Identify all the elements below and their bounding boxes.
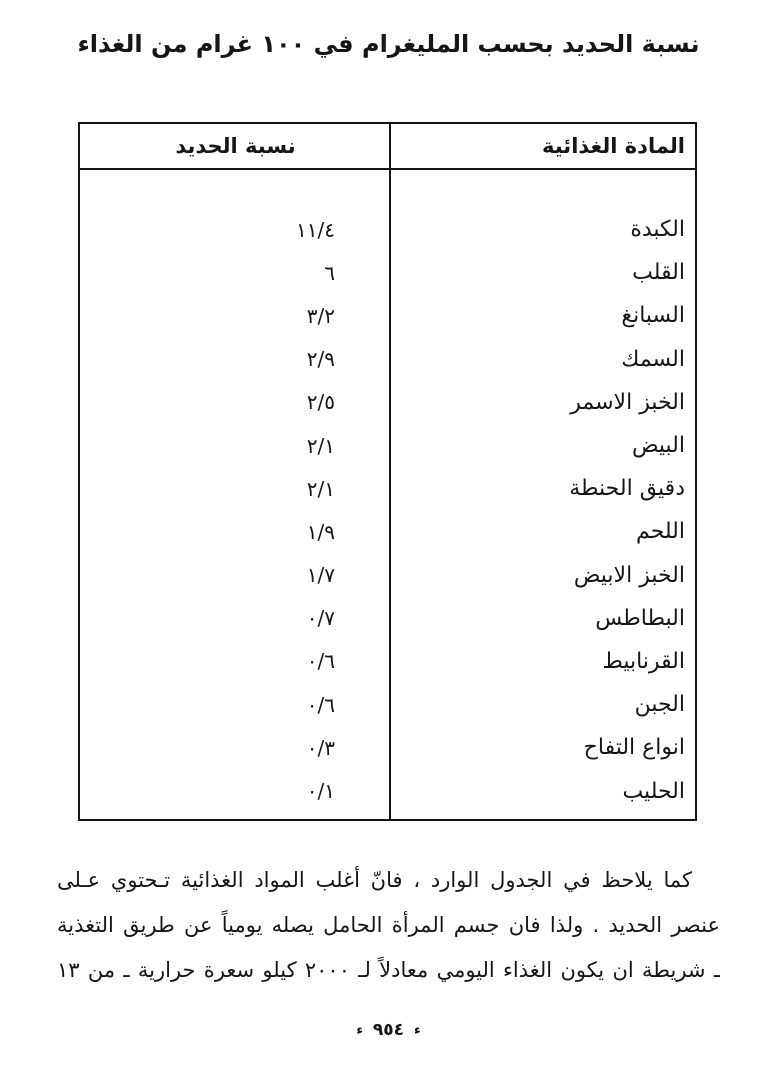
food-name-cell: الجبن: [391, 692, 695, 717]
table-row: الحليب ٠/١: [80, 769, 695, 812]
page-number: ٩٥٤: [373, 1020, 404, 1040]
food-name-cell: الحليب: [391, 779, 695, 804]
food-name-cell: البطاطس: [391, 606, 695, 631]
table-row: الكبدة ١١/٤: [80, 208, 695, 251]
iron-value-cell: ٠/٧: [80, 606, 391, 630]
iron-content-table: المادة الغذائية نسبة الحديد الكبدة ١١/٤ …: [78, 122, 697, 821]
food-name-cell: القرنابيط: [391, 649, 695, 674]
food-name-cell: البيض: [391, 433, 695, 458]
iron-value-cell: ٠/٦: [80, 693, 391, 717]
food-name-cell: انواع التفاح: [391, 735, 695, 760]
food-name-cell: الكبدة: [391, 217, 695, 242]
iron-value-cell: ٠/٣: [80, 736, 391, 760]
flourish-icon: ء: [356, 1023, 363, 1038]
iron-value-cell: ٣/٢: [80, 304, 391, 328]
body-paragraph: كما يلاحظ في الجدول الوارد ، فانّ أغلب ا…: [57, 858, 720, 993]
iron-value-cell: ٢/٥: [80, 390, 391, 414]
iron-value-cell: ٢/٩: [80, 347, 391, 371]
page-title: نسبة الحديد بحسب المليغرام في ١٠٠ غرام م…: [0, 30, 777, 58]
table-row: القلب ٦: [80, 251, 695, 294]
food-name-cell: الخبز الاسمر: [391, 390, 695, 415]
table-row: الخبز الابيض ١/٧: [80, 554, 695, 597]
page-footer: ء ٩٥٤ ء: [0, 1020, 777, 1040]
book-page: نسبة الحديد بحسب المليغرام في ١٠٠ غرام م…: [0, 0, 777, 1079]
column-divider: [389, 124, 391, 819]
table-body: الكبدة ١١/٤ القلب ٦ السبانغ ٣/٢ السمك ٢/…: [80, 170, 695, 813]
paragraph-line: كما يلاحظ في الجدول الوارد ، فانّ أغلب ا…: [57, 858, 720, 903]
food-name-cell: السمك: [391, 347, 695, 372]
food-name-cell: دقيق الحنطة: [391, 476, 695, 501]
flourish-icon: ء: [414, 1023, 421, 1038]
table-header-row: المادة الغذائية نسبة الحديد: [80, 124, 695, 170]
food-name-cell: السبانغ: [391, 303, 695, 328]
iron-value-cell: ١١/٤: [80, 218, 391, 242]
iron-value-cell: ٢/١: [80, 477, 391, 501]
food-name-cell: الخبز الابيض: [391, 563, 695, 588]
iron-value-cell: ٢/١: [80, 434, 391, 458]
iron-value-cell: ١/٩: [80, 520, 391, 544]
iron-value-cell: ٠/٦: [80, 649, 391, 673]
table-row: السمك ٢/٩: [80, 338, 695, 381]
table-row: دقيق الحنطة ٢/١: [80, 467, 695, 510]
table-row: الخبز الاسمر ٢/٥: [80, 381, 695, 424]
iron-value-cell: ٠/١: [80, 779, 391, 803]
food-name-cell: اللحم: [391, 519, 695, 544]
header-cell-iron: نسبة الحديد: [80, 134, 391, 158]
food-name-cell: القلب: [391, 260, 695, 285]
paragraph-line: عنصر الحديد . ولذا فان جسم المرأة الحامل…: [57, 903, 720, 948]
iron-value-cell: ١/٧: [80, 563, 391, 587]
table-row: اللحم ١/٩: [80, 510, 695, 553]
table-row: انواع التفاح ٠/٣: [80, 726, 695, 769]
paragraph-line: ـ شريطة ان يكون الغذاء اليومي معادلاً لـ…: [57, 948, 720, 993]
table-row: الجبن ٠/٦: [80, 683, 695, 726]
header-cell-food: المادة الغذائية: [391, 134, 695, 158]
table-row: البطاطس ٠/٧: [80, 597, 695, 640]
table-row: البيض ٢/١: [80, 424, 695, 467]
iron-value-cell: ٦: [80, 261, 391, 285]
table-row: القرنابيط ٠/٦: [80, 640, 695, 683]
table-row: السبانغ ٣/٢: [80, 294, 695, 337]
